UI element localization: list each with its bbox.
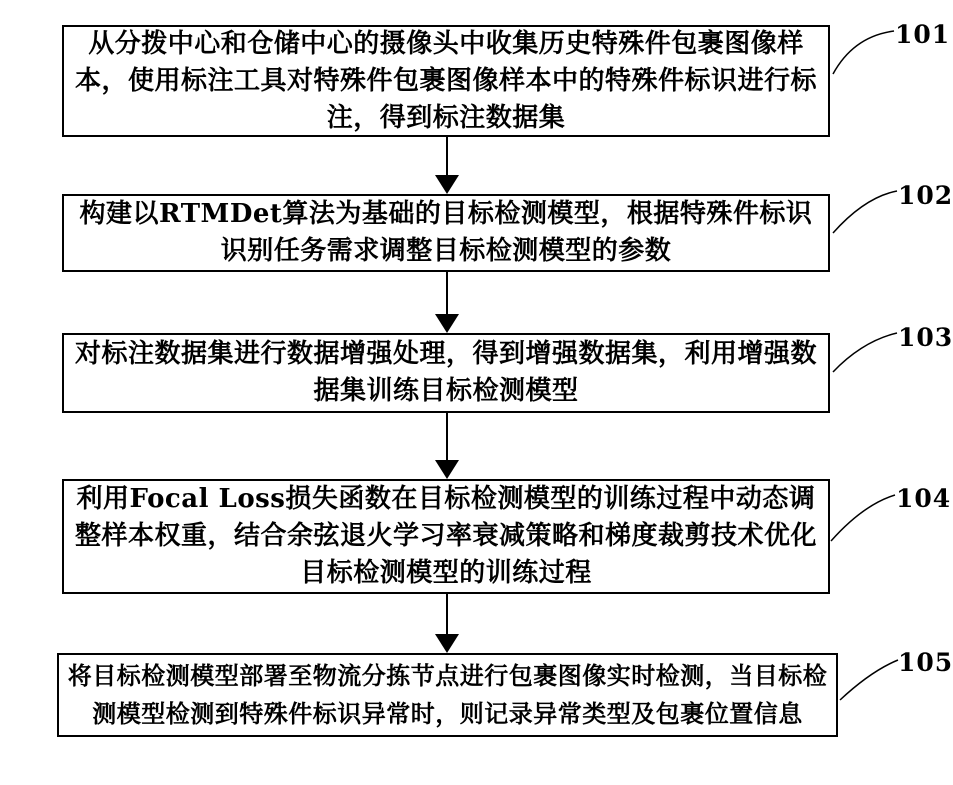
arrow-shaft <box>446 272 448 314</box>
step-ref-label-104: 104 <box>896 484 951 513</box>
flow-step-104-box: 利用Focal Loss损失函数在目标检测模型的训练过程中动态调整样本权重，结合… <box>62 479 830 594</box>
flow-step-103-box: 对标注数据集进行数据增强处理，得到增强数据集，利用增强数据集训练目标检测模型 <box>62 333 830 413</box>
flow-step-105-text: 将目标检测模型部署至物流分拣节点进行包裹图像实时检测，当目标检测模型检测到特殊件… <box>59 657 836 733</box>
connector-arrow-1 <box>435 137 459 194</box>
leader-line-102 <box>833 191 897 233</box>
step-ref-label-102: 102 <box>898 181 953 210</box>
step-ref-label-101: 101 <box>895 20 950 49</box>
arrow-shaft <box>446 137 448 175</box>
down-arrow-icon <box>435 314 459 333</box>
flow-step-104-text: 利用Focal Loss损失函数在目标检测模型的训练过程中动态调整样本权重，结合… <box>64 481 828 592</box>
down-arrow-icon <box>435 175 459 194</box>
flow-step-102-text: 构建以RTMDet算法为基础的目标检测模型，根据特殊件标识识别任务需求调整目标检… <box>64 196 828 270</box>
arrow-shaft <box>446 413 448 460</box>
connector-arrow-2 <box>435 272 459 333</box>
down-arrow-icon <box>435 460 459 479</box>
leader-line-104 <box>831 495 895 541</box>
flow-step-103-text: 对标注数据集进行数据增强处理，得到增强数据集，利用增强数据集训练目标检测模型 <box>64 336 828 410</box>
flow-step-101-text: 从分拨中心和仓储中心的摄像头中收集历史特殊件包裹图像样本，使用标注工具对特殊件包… <box>64 26 828 137</box>
connector-arrow-3 <box>435 413 459 479</box>
arrow-shaft <box>446 594 448 634</box>
step-ref-label-103: 103 <box>898 323 953 352</box>
connector-arrow-4 <box>435 594 459 653</box>
leader-line-103 <box>833 333 897 372</box>
step-ref-label-105: 105 <box>898 648 953 677</box>
leader-line-105 <box>840 660 898 700</box>
flow-step-101-box: 从分拨中心和仓储中心的摄像头中收集历史特殊件包裹图像样本，使用标注工具对特殊件包… <box>62 25 830 137</box>
flowchart-figure: 从分拨中心和仓储中心的摄像头中收集历史特殊件包裹图像样本，使用标注工具对特殊件包… <box>0 0 953 785</box>
flow-step-105-box: 将目标检测模型部署至物流分拣节点进行包裹图像实时检测，当目标检测模型检测到特殊件… <box>57 653 838 737</box>
flow-step-102-box: 构建以RTMDet算法为基础的目标检测模型，根据特殊件标识识别任务需求调整目标检… <box>62 194 830 272</box>
leader-line-101 <box>833 31 894 74</box>
down-arrow-icon <box>435 634 459 653</box>
